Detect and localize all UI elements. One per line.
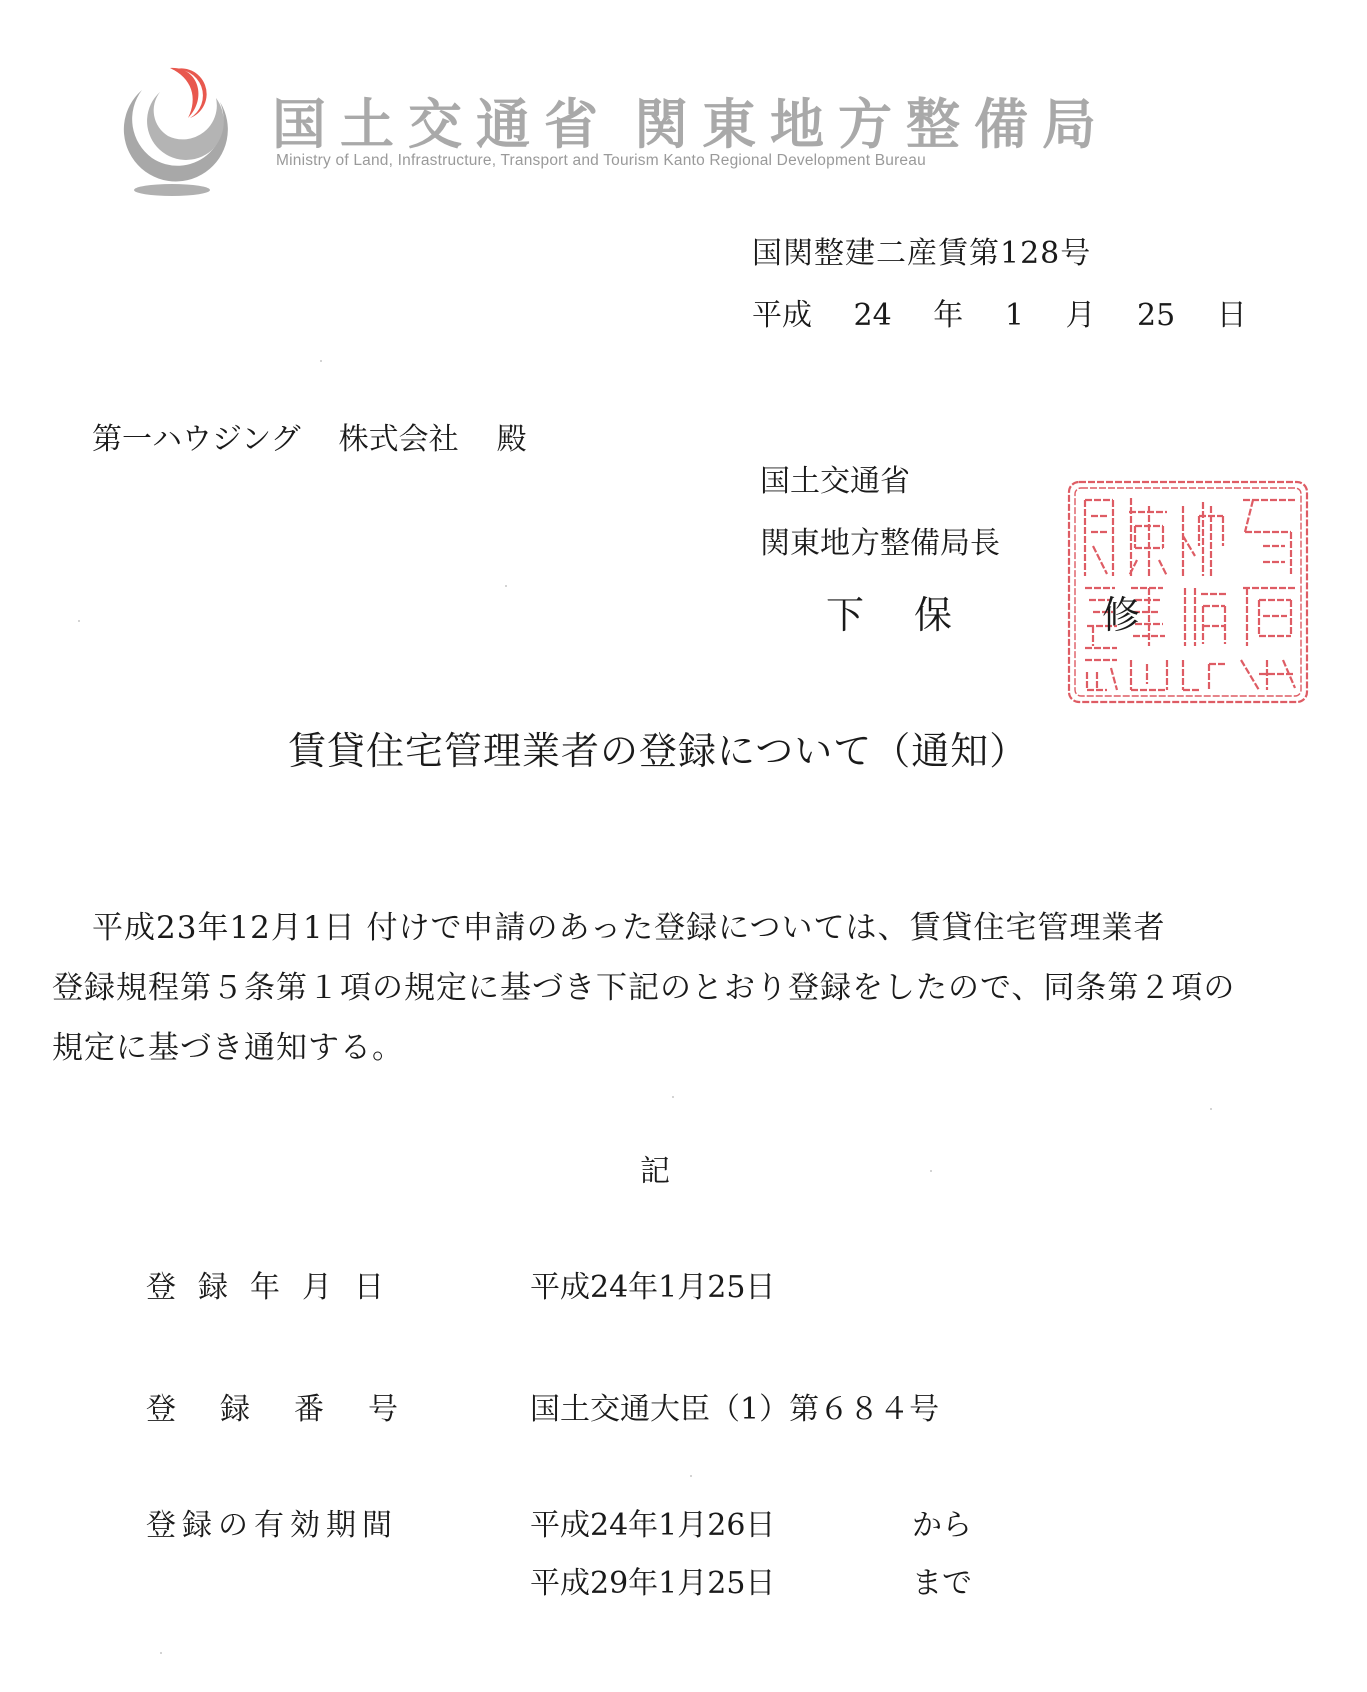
date-month: 1 [1005, 298, 1024, 333]
record-suffix-until: まで [912, 1558, 972, 1602]
record-heading: 記 [640, 1146, 670, 1190]
scan-speck [672, 1096, 674, 1098]
scan-speck [690, 1475, 692, 1477]
sender-name-part-2: 保 [914, 593, 952, 637]
letterhead-ministry: 国土交通省 [272, 93, 612, 156]
scan-speck [78, 620, 80, 622]
document-subject: 賃貸住宅管理業者の登録について（通知） [288, 720, 1028, 775]
document-date: 平成 24 年 1 月 25 日 [752, 290, 1265, 334]
mlit-logo-icon [112, 62, 238, 202]
recipient-company: 第一ハウジング [92, 422, 301, 457]
scan-speck [930, 1170, 932, 1172]
date-era: 平成 [752, 298, 812, 333]
body-line-3: 規定に基づき通知する。 [52, 1022, 404, 1067]
record-label-registration-number: 登録番号 [146, 1384, 442, 1428]
sender-name-part-1: 下 [826, 593, 864, 637]
recipient-honorific: 殿 [497, 422, 527, 457]
letterhead-bureau: 関東地方整備局 [634, 93, 1110, 156]
scan-speck [320, 360, 322, 362]
record-label-registration-date: 登録年月日 [146, 1262, 406, 1306]
date-year: 24 [854, 298, 892, 333]
date-month-unit: 月 [1065, 298, 1095, 333]
record-value-registration-number: 国土交通大臣（1）第６８４号 [530, 1384, 939, 1428]
sender-name: 下保修 [826, 584, 1140, 639]
record-suffix-from: から [912, 1500, 972, 1544]
scan-speck [505, 585, 507, 587]
date-day: 25 [1137, 298, 1175, 333]
sender-organization: 国土交通省 [760, 456, 910, 500]
sender-name-part-3: 修 [1102, 593, 1140, 637]
record-value-validity-end: 平成29年1月25日 [530, 1558, 775, 1602]
letterhead-title: 国土交通省関東地方整備局 [272, 82, 1110, 159]
body-line-1: 平成23年12月1日 付けで申請のあった登録については、賃貸住宅管理業者 [92, 902, 1166, 947]
record-value-validity-start: 平成24年1月26日 [530, 1500, 775, 1544]
scan-speck [1210, 1108, 1212, 1110]
recipient-company-type: 株式会社 [339, 422, 459, 457]
letterhead-subtitle: Ministry of Land, Infrastructure, Transp… [276, 152, 926, 170]
body-line-2: 登録規程第５条第１項の規定に基づき下記のとおり登録をしたので、同条第２項の [52, 962, 1235, 1007]
recipient: 第一ハウジング株式会社殿 [92, 414, 527, 458]
scan-speck [160, 1652, 162, 1654]
document-number: 国関整建二産賃第128号 [752, 228, 1091, 272]
record-value-registration-date: 平成24年1月25日 [530, 1262, 775, 1306]
record-label-validity-period: 登録の有効期間 [146, 1500, 398, 1544]
sender-title: 関東地方整備局長 [760, 518, 1000, 562]
date-day-unit: 日 [1217, 298, 1247, 333]
date-year-unit: 年 [933, 298, 963, 333]
